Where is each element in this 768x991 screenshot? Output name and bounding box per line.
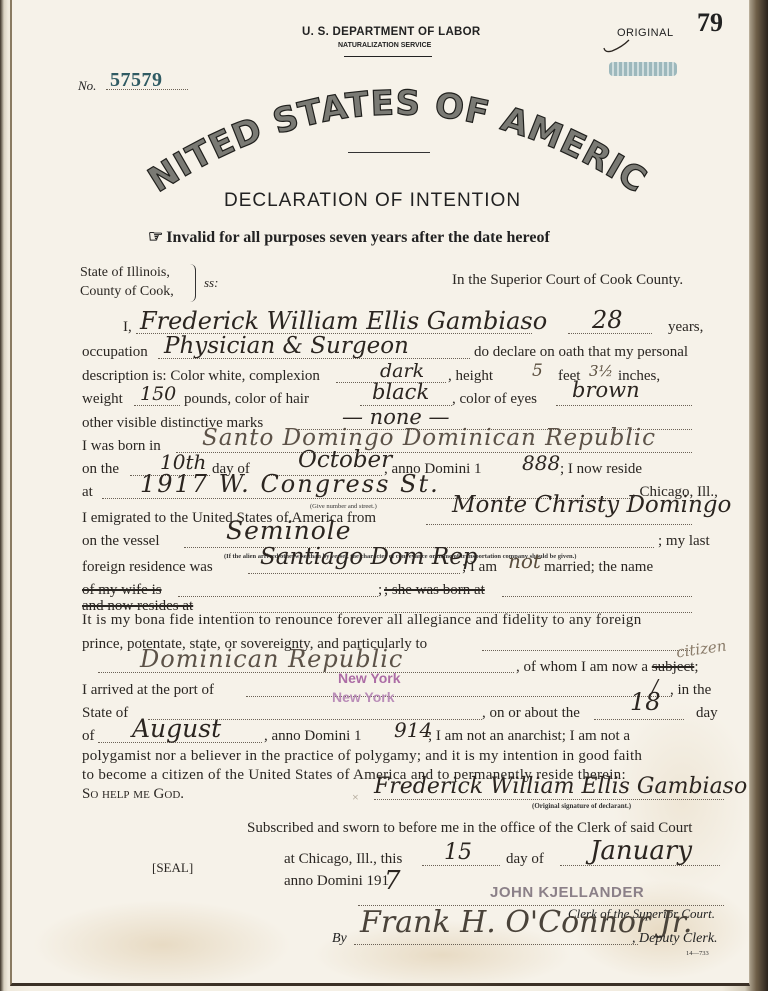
service-subheading: NATURALIZATION SERVICE bbox=[338, 42, 431, 49]
deputy-clerk-title: , Deputy Clerk. bbox=[632, 931, 718, 947]
i-am-label: ; I am bbox=[462, 559, 497, 576]
birth-year-value: 888 bbox=[522, 451, 560, 475]
married-label: married; the name bbox=[544, 559, 653, 576]
emigrated-from-value: Monte Christy Domingo bbox=[452, 492, 731, 518]
title-rule bbox=[348, 152, 430, 153]
united-states-arc-title: UNITED STATES OF AMERICA bbox=[132, 72, 662, 202]
sworn-year-digit: 7 bbox=[384, 866, 401, 896]
validity-note: Invalid for all purposes seven years aft… bbox=[166, 229, 550, 246]
state-of-label: State of bbox=[82, 705, 128, 722]
arrival-day-value: 18 bbox=[630, 688, 661, 716]
so-help-me-god: So help me God. bbox=[82, 786, 184, 803]
birthplace-label: I was born in bbox=[82, 438, 161, 455]
sovereign-value: Dominican Republic bbox=[140, 645, 403, 673]
port-stamp: New York bbox=[338, 670, 401, 686]
in-the-label: , in the bbox=[670, 682, 711, 699]
department-heading: U. S. DEPARTMENT OF LABOR bbox=[302, 26, 481, 38]
hair-label: pounds, color of hair bbox=[184, 391, 309, 408]
day-label: day bbox=[696, 705, 718, 722]
struck-wife-label: of my wife is bbox=[82, 582, 162, 599]
seal-label: [SEAL] bbox=[152, 860, 193, 876]
height-label: , height bbox=[448, 368, 493, 385]
hair-value: black bbox=[372, 380, 429, 404]
county-line: County of Cook, bbox=[80, 284, 174, 300]
weight-value: 150 bbox=[140, 383, 176, 405]
subject-text-row: , of whom I am now a subject; bbox=[516, 659, 698, 676]
document-title: DECLARATION OF INTENTION bbox=[224, 190, 521, 212]
age-value: 28 bbox=[592, 306, 623, 334]
polygamist-text: polygamist nor a believer in the practic… bbox=[82, 748, 642, 765]
vessel-value: Seminole bbox=[226, 516, 352, 545]
residence-label: foreign residence was bbox=[82, 559, 213, 576]
oath-text: do declare on oath that my personal bbox=[474, 344, 688, 361]
citizen-correction: citizen bbox=[675, 637, 727, 662]
page-number: 79 bbox=[697, 8, 723, 38]
occupation-label: occupation bbox=[82, 344, 148, 361]
eyes-value: brown bbox=[572, 378, 640, 402]
arrival-of-label: of bbox=[82, 728, 95, 745]
vessel-label: on the vessel bbox=[82, 533, 159, 550]
sworn-anno-label: anno Domini 191 bbox=[284, 873, 389, 890]
marital-status-value: not bbox=[508, 549, 541, 573]
years-label: years, bbox=[668, 319, 703, 336]
sworn-month-value: January bbox=[590, 836, 692, 866]
occupation-value: Physician & Surgeon bbox=[164, 333, 409, 359]
reside-label: ; I now reside bbox=[560, 461, 642, 478]
arrival-month-value: August bbox=[132, 714, 221, 743]
state-stamp: New York bbox=[332, 689, 395, 705]
my-last-label: ; my last bbox=[658, 533, 710, 550]
signature-caption: (Original signature of declarant.) bbox=[532, 802, 631, 810]
weight-label: weight bbox=[82, 391, 123, 408]
address-label: at bbox=[82, 484, 93, 501]
semicolon-end: ; bbox=[694, 659, 698, 675]
height-feet-value: 5 bbox=[532, 361, 543, 381]
anarchist-text: ; I am not an anarchist; I am not a bbox=[428, 728, 630, 745]
on-or-about-label: , on or about the bbox=[482, 705, 580, 722]
i-prefix: I, bbox=[123, 319, 132, 336]
struck-born-label: ; she was born at bbox=[384, 582, 485, 599]
address-hint: (Give number and street.) bbox=[310, 503, 377, 510]
venue-brace bbox=[190, 264, 196, 302]
port-label: I arrived at the port of bbox=[82, 682, 214, 699]
arrival-year-value: 914 bbox=[394, 718, 432, 742]
state-line: State of Illinois, bbox=[80, 265, 170, 281]
sworn-day-value: 15 bbox=[444, 840, 472, 865]
declaration-page: U. S. DEPARTMENT OF LABOR NATURALIZATION… bbox=[10, 0, 750, 986]
court-name: In the Superior Court of Cook County. bbox=[452, 272, 683, 289]
signature-x-mark: × bbox=[352, 790, 359, 805]
declarant-name: Frederick William Ellis Gambiaso bbox=[140, 307, 547, 335]
complexion-label: description is: Color white, complexion bbox=[82, 368, 320, 385]
birthplace-value: Santo Domingo Dominican Republic bbox=[202, 425, 656, 451]
validity-note-row: ☞Invalid for all purposes seven years af… bbox=[148, 227, 550, 247]
ss-label: ss: bbox=[204, 275, 218, 291]
birth-on-label: on the bbox=[82, 461, 119, 478]
pointing-hand-icon: ☞ bbox=[148, 227, 163, 246]
renounce-text: It is my bona fide intention to renounce… bbox=[82, 612, 642, 629]
semicolon: ; bbox=[378, 582, 382, 599]
whom-label: , of whom I am now a bbox=[516, 659, 648, 675]
arrival-anno-label: , anno Domini 1 bbox=[264, 728, 362, 745]
by-label: By bbox=[332, 931, 347, 947]
subscribed-sworn-text: Subscribed and sworn to before me in the… bbox=[247, 820, 692, 837]
clerk-name-stamp: JOHN KJELLANDER bbox=[490, 884, 644, 901]
address-value: 1917 W. Congress St. bbox=[140, 470, 440, 498]
complexion-value: dark bbox=[380, 360, 424, 382]
struck-subject-word: subject bbox=[652, 659, 695, 675]
eyes-label: , color of eyes bbox=[452, 391, 537, 408]
number-label: No. bbox=[78, 78, 96, 94]
sworn-day-of-label: day of bbox=[506, 851, 544, 868]
residence-value: Santiago Dom Rep bbox=[260, 544, 478, 570]
arc-title-text: UNITED STATES OF AMERICA bbox=[132, 72, 654, 201]
declarant-signature: Frederick William Ellis Gambiaso bbox=[374, 774, 747, 799]
checkmark-icon bbox=[602, 38, 632, 59]
header-rule bbox=[344, 56, 432, 57]
form-number: 14—733 bbox=[686, 950, 709, 957]
